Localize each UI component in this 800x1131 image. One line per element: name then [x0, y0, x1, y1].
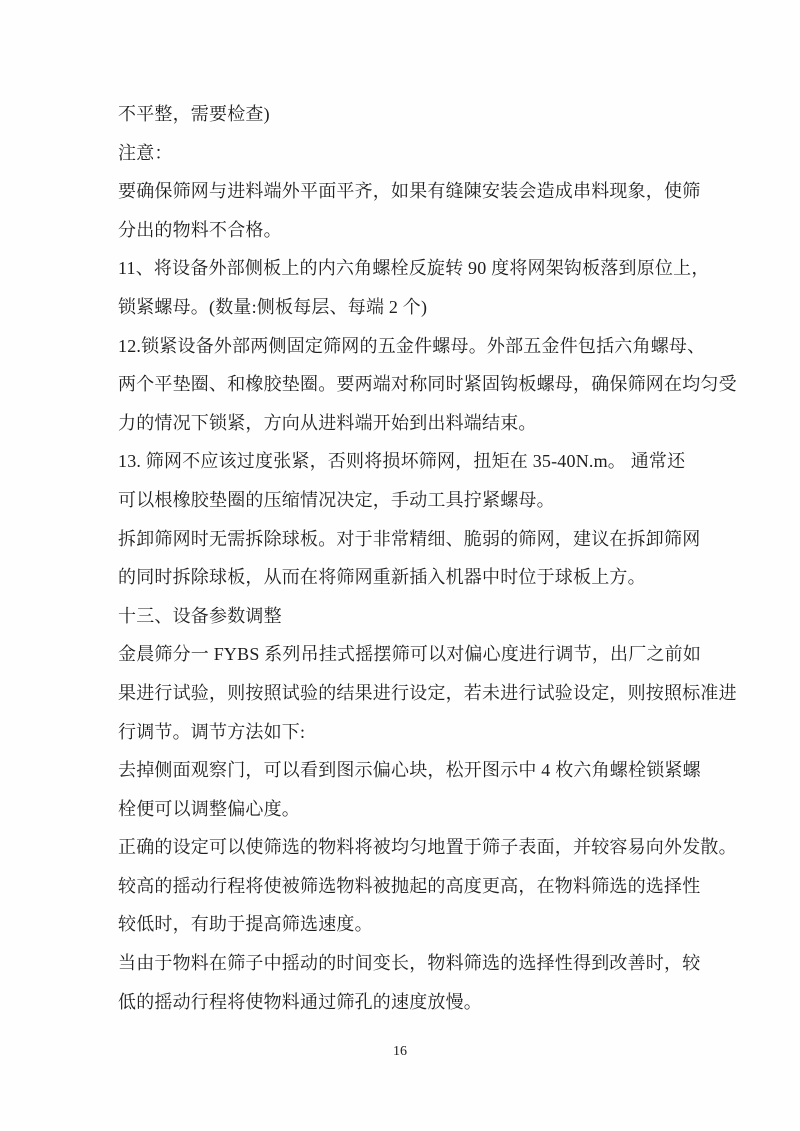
text-line: 当由于物料在筛子中摇动的时间变长，物料筛选的选择性得到改善时，较 — [118, 944, 718, 983]
text-line: 力的情况下锁紧，方向从进料端开始到出料端结束。 — [118, 404, 718, 443]
text-line: 十三、设备参数调整 — [118, 597, 718, 636]
text-line: 去掉侧面观察门，可以看到图示偏心块，松开图示中 4 枚六角螺栓锁紧螺 — [118, 751, 718, 790]
text-line: 可以根橡胶垫圈的压缩情况决定，手动工具拧紧螺母。 — [118, 481, 718, 520]
text-line: 较高的摇动行程将使被筛选物料被抛起的高度更高，在物料筛选的选择性 — [118, 867, 718, 906]
text-line: 锁紧螺母。(数量:侧板每层、每端 2 个) — [118, 288, 718, 327]
text-line: 拆卸筛网时无需拆除球板。对于非常精细、脆弱的筛网，建议在拆卸筛网 — [118, 520, 718, 559]
text-line: 行调节。调节方法如下: — [118, 713, 718, 752]
text-line: 果进行试验，则按照试验的结果进行设定，若未进行试验设定，则按照标准进 — [118, 674, 718, 713]
text-line: 要确保筛网与进料端外平面平齐，如果有缝陳安装会造成串料现象，使筛 — [118, 172, 718, 211]
page-number: 16 — [0, 1044, 800, 1060]
text-line: 正确的设定可以使筛选的物料将被均匀地置于筛子表面，并较容易向外发散。 — [118, 828, 718, 867]
text-line: 较低时，有助于提高筛选速度。 — [118, 905, 718, 944]
text-line: 分出的物料不合格。 — [118, 211, 718, 250]
text-line: 栓便可以调整偏心度。 — [118, 790, 718, 829]
text-line: 两个平垫圈、和橡胶垫圈。要两端对称同时紧固钩板螺母，确保筛网在均匀受 — [118, 365, 718, 404]
text-line: 13. 筛网不应该过度张紧，否则将损坏筛网，扭矩在 35-40N.m。 通常还 — [118, 442, 718, 481]
document-body: 不平整，需要检查)注意：要确保筛网与进料端外平面平齐，如果有缝陳安装会造成串料现… — [118, 95, 718, 1021]
document-page: 不平整，需要检查)注意：要确保筛网与进料端外平面平齐，如果有缝陳安装会造成串料现… — [0, 0, 800, 1131]
text-line: 不平整，需要检查) — [118, 95, 718, 134]
text-line: 12.锁紧设备外部两侧固定筛网的五金件螺母。外部五金件包括六角螺母、 — [118, 327, 718, 366]
text-line: 的同时拆除球板，从而在将筛网重新插入机器中时位于球板上方。 — [118, 558, 718, 597]
text-line: 注意： — [118, 134, 718, 173]
text-line: 低的摇动行程将使物料通过筛孔的速度放慢。 — [118, 983, 718, 1022]
text-line: 11、将设备外部侧板上的内六角螺栓反旋转 90 度将网架钩板落到原位上， — [118, 249, 718, 288]
text-line: 金晨筛分一 FYBS 系列吊挂式摇摆筛可以对偏心度进行调节，出厂之前如 — [118, 635, 718, 674]
